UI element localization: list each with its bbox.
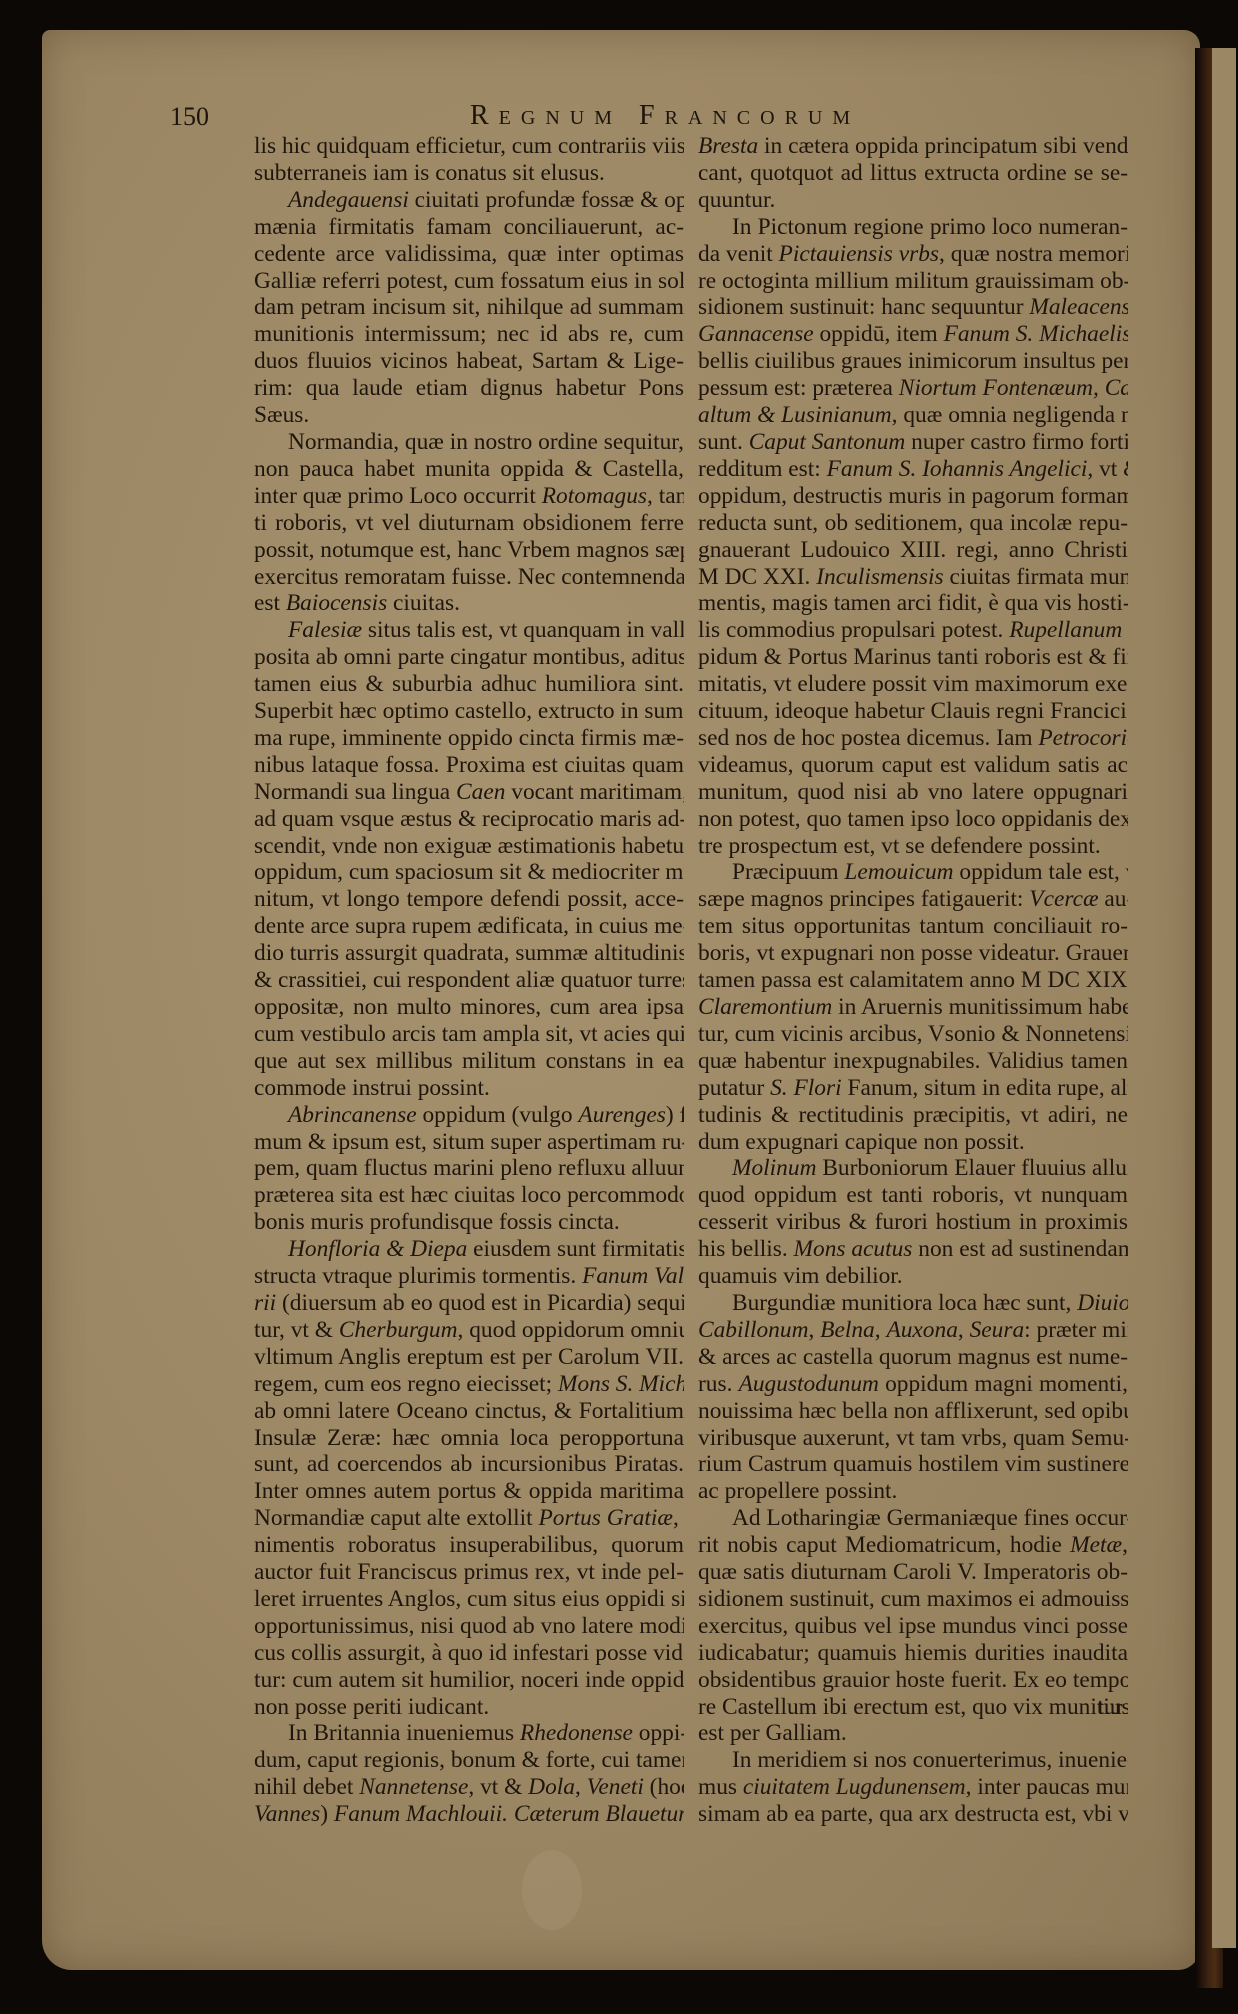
catchword: tur	[1098, 1694, 1122, 1720]
text-line: mentis, magis tamen arci fidit, è qua vi…	[698, 590, 1128, 617]
text-line: boris, vt expugnari non posse videatur. …	[698, 940, 1128, 967]
text-line: re octoginta millium militum grauissimam…	[698, 268, 1128, 295]
italic-proper-name: Dola	[528, 1774, 575, 1800]
text-line: re Castellum ibi erectum est, quo vix mu…	[698, 1694, 1128, 1721]
text-line: dio turris assurgit quadrata, summæ alti…	[254, 940, 684, 967]
italic-proper-name: Honfloria & Diepa	[288, 1236, 467, 1262]
italic-proper-name: Belna	[820, 1317, 875, 1343]
italic-proper-name: Rhedonense	[520, 1720, 633, 1746]
text-line: Ad Lotharingiæ Germaniæque fines occur-	[698, 1505, 1128, 1532]
text-line: gnauerant Ludouico XIII. regi, anno Chri…	[698, 537, 1128, 564]
text-line: nitum, vt longo tempore defendi possit, …	[254, 886, 684, 913]
text-line: rii (diuersum ab eo quod est in Picardia…	[254, 1290, 684, 1317]
italic-proper-name: Vannes	[254, 1801, 320, 1827]
text-line: auctor fuit Franciscus primus rex, vt in…	[254, 1559, 684, 1586]
text-line: Cabillonum, Belna, Auxona, Seura: præter…	[698, 1317, 1128, 1344]
italic-proper-name: Vcercæ	[1029, 886, 1098, 912]
italic-proper-name: Cæterum Blauetum &	[514, 1801, 684, 1827]
text-line: opportunissimus, nisi quod ab vno latere…	[254, 1613, 684, 1640]
text-line: non posse periti iudicant.	[254, 1694, 684, 1721]
text-line: tudinis & rectitudinis præcipitis, vt ad…	[698, 1102, 1128, 1129]
text-line: dam petram incisum sit, nihilque ad summ…	[254, 294, 684, 321]
text-line: tamen eius & suburbia adhuc humiliora si…	[254, 671, 684, 698]
italic-proper-name: Portus Gratiæ	[539, 1505, 674, 1531]
italic-proper-name: Petrocorios	[1038, 725, 1128, 751]
italic-proper-name: altum & Lusinianum	[698, 402, 892, 428]
text-line: Insulæ Zeræ: hæc omnia loca peropportuna	[254, 1425, 684, 1452]
italic-proper-name: Seura	[970, 1317, 1025, 1343]
text-line: Falesiæ situs talis est, vt quanquam in …	[254, 617, 684, 644]
text-line: tur, vt & Cherburgum, quod oppidorum omn…	[254, 1317, 684, 1344]
text-line: putatur S. Flori Fanum, situm in edita r…	[698, 1075, 1128, 1102]
running-title: Regnum Francorum	[470, 100, 860, 132]
facing-page-edge	[1212, 48, 1236, 1948]
text-line: inter quæ primo Loco occurrit Rotomagus,…	[254, 483, 684, 510]
italic-proper-name: Auxona	[886, 1317, 957, 1343]
text-line: pem, quam fluctus marini pleno refluxu a…	[254, 1155, 684, 1182]
italic-proper-name: rii	[254, 1290, 276, 1316]
text-line: cedente arce validissima, quæ inter opti…	[254, 241, 684, 268]
text-line: tamen passa est calamitatem anno M DC XI…	[698, 967, 1128, 994]
text-line: mus ciuitatem Lugdunensem, inter paucas …	[698, 1774, 1128, 1801]
text-line: M DC XXI. Inculismensis ciuitas firmata …	[698, 564, 1128, 591]
italic-proper-name: Rotomagus	[542, 483, 647, 509]
text-line: Molinum Burboniorum Elauer fluuius allui…	[698, 1155, 1128, 1182]
text-line: scendit, vnde non exiguæ æstimationis ha…	[254, 833, 684, 860]
text-line: tre prospectum est, vt se defendere poss…	[698, 833, 1128, 860]
text-line: sidionem sustinuit: hanc sequuntur Malea…	[698, 294, 1128, 321]
italic-proper-name: Falesiæ	[288, 617, 362, 643]
text-line: nimentis roboratus insuperabilibus, quor…	[254, 1532, 684, 1559]
text-line: dum expugnari capique non possit.	[698, 1129, 1128, 1156]
italic-proper-name: Inculismensis	[816, 564, 943, 590]
text-line: præterea sita est hæc ciuitas loco perco…	[254, 1182, 684, 1209]
text-line: quamuis vim debilior.	[698, 1263, 1128, 1290]
text-line: exercitus remoratam fuisse. Nec contemne…	[254, 564, 684, 591]
italic-proper-name: Claremontium	[698, 994, 832, 1020]
text-line: Abrincanense oppidum (vulgo Aurenges) fi…	[254, 1102, 684, 1129]
text-line: Honfloria & Diepa eiusdem sunt firmitati…	[254, 1236, 684, 1263]
text-line: est per Galliam.	[698, 1720, 1128, 1747]
text-line: simam ab ea parte, qua arx destructa est…	[698, 1801, 1128, 1828]
text-line: nouissima hæc bella non afflixerunt, sed…	[698, 1398, 1128, 1425]
italic-proper-name: ciuitatem Lugdunensem	[743, 1774, 966, 1800]
italic-proper-name: Cherburgum	[339, 1317, 458, 1343]
text-line: cituum, ideoque habetur Clauis regni Fra…	[698, 698, 1128, 725]
text-line: possit, notumque est, hanc Vrbem magnos …	[254, 537, 684, 564]
text-line: Galliæ referri potest, cum fossatum eius…	[254, 268, 684, 295]
text-line: altum & Lusinianum, quæ omnia negligenda…	[698, 402, 1128, 429]
text-line: Bresta in cætera oppida principatum sibi…	[698, 133, 1128, 160]
text-line: sunt, ad coercendos ab incursionibus Pir…	[254, 1451, 684, 1478]
text-line: sidionem sustinuit, cum maximos ei admou…	[698, 1586, 1128, 1613]
text-line: rium Castrum quamuis hostilem vim sustin…	[698, 1451, 1128, 1478]
text-line: sed nos de hoc postea dicemus. Iam Petro…	[698, 725, 1128, 752]
text-line: munitionis intermissum; nec id abs re, c…	[254, 321, 684, 348]
text-line: Burgundiæ munitiora loca hæc sunt, Diuio…	[698, 1290, 1128, 1317]
italic-proper-name: Gannacense	[698, 321, 814, 347]
text-line: cant, quotquot ad littus extructa ordine…	[698, 160, 1128, 187]
italic-proper-name: Fanum S. Iohannis Angelici	[827, 456, 1088, 482]
text-line: viribusque auxerunt, vt tam vrbs, quam S…	[698, 1425, 1128, 1452]
page-header: 150 Regnum Francorum	[170, 98, 990, 134]
text-line: Sæus.	[254, 402, 684, 429]
text-line: non potest, quo tamen ipso loco oppidani…	[698, 806, 1128, 833]
text-line: leret irruentes Anglos, cum situs eius o…	[254, 1586, 684, 1613]
text-line: duos fluuios vicinos habeat, Sartam & Li…	[254, 348, 684, 375]
text-line: In Pictonum regione primo loco numeran-	[698, 214, 1128, 241]
text-line: iudicabatur; quamuis hiemis durities ina…	[698, 1640, 1128, 1667]
text-column-left: lis hic quidquam efficietur, cum contrar…	[254, 133, 684, 1828]
text-line: nibus lataque fossa. Proxima est ciuitas…	[254, 752, 684, 779]
italic-proper-name: Augustodunum	[739, 1371, 879, 1397]
text-line: ma rupe, imminente oppido cincta firmis …	[254, 725, 684, 752]
text-line: tur: cum autem sit humilior, noceri inde…	[254, 1667, 684, 1694]
text-line: mitatis, vt eludere possit vim maximorum…	[698, 671, 1128, 698]
text-line: vltimum Anglis ereptum est per Carolum V…	[254, 1344, 684, 1371]
text-line: Præcipuum Lemouicum oppidum tale est, vt	[698, 859, 1128, 886]
text-line: bellis ciuilibus graues inimicorum insul…	[698, 348, 1128, 375]
text-line: oppidum, cum spaciosum sit & mediocriter…	[254, 859, 684, 886]
italic-proper-name: Mons acutus	[794, 1236, 913, 1262]
text-line: dente arce supra rupem ædificata, in cui…	[254, 913, 684, 940]
text-line: posita ab omni parte cingatur montibus, …	[254, 644, 684, 671]
text-line: videamus, quorum caput est validum satis…	[698, 752, 1128, 779]
text-line: non pauca habet munita oppida & Castella…	[254, 456, 684, 483]
italic-proper-name: Metæ	[1070, 1532, 1122, 1558]
text-line: Gannacense oppidū, item Fanum S. Michael…	[698, 321, 1128, 348]
text-line: da venit Pictauiensis vrbs, quæ nostra m…	[698, 241, 1128, 268]
italic-proper-name: Andegauensi	[288, 187, 409, 213]
text-line: his bellis. Mons acutus non est ad susti…	[698, 1236, 1128, 1263]
text-line: cesserit viribus & furori hostium in pro…	[698, 1209, 1128, 1236]
text-line: tur, cum vicinis arcibus, Vsonio & Nonne…	[698, 1021, 1128, 1048]
text-line: obsidentibus grauior hoste fuerit. Ex eo…	[698, 1667, 1128, 1694]
italic-proper-name: Fanum Machlouii.	[334, 1801, 508, 1827]
text-line: ti roboris, vt vel diuturnam obsidionem …	[254, 510, 684, 537]
text-line: Inter omnes autem portus & oppida mariti…	[254, 1478, 684, 1505]
text-line: ac propellere possint.	[698, 1478, 1128, 1505]
italic-proper-name: Pictauiensis vrbs	[779, 241, 939, 267]
text-line: quod oppidum est tanti roboris, vt nunqu…	[698, 1182, 1128, 1209]
italic-proper-name: Mons S. Michaelis	[558, 1371, 684, 1397]
italic-proper-name: S. Flori	[770, 1075, 841, 1101]
text-column-right: Bresta in cætera oppida principatum sibi…	[698, 133, 1128, 1828]
text-line: rus. Augustodunum oppidum magni momenti,	[698, 1371, 1128, 1398]
italic-proper-name: Niortum Fontenæum, Casteller-	[899, 375, 1128, 401]
italic-proper-name: Baiocensis	[286, 590, 387, 616]
text-line: Normandia, quæ in nostro ordine sequitur…	[254, 429, 684, 456]
text-line: bonis muris profundisque fossis cincta.	[254, 1209, 684, 1236]
text-line: regem, cum eos regno eiecisset; Mons S. …	[254, 1371, 684, 1398]
text-line: oppidum, destructis muris in pagorum for…	[698, 483, 1128, 510]
italic-proper-name: Abrincanense	[288, 1102, 417, 1128]
text-line: In Britannia inueniemus Rhedonense oppi-	[254, 1720, 684, 1747]
italic-proper-name: Diuio,	[1077, 1290, 1128, 1316]
text-line: cus collis assurgit, à quo id infestari …	[254, 1640, 684, 1667]
text-line: rit nobis caput Mediomatricum, hodie Met…	[698, 1532, 1128, 1559]
text-line: subterraneis iam is conatus sit elusus.	[254, 160, 684, 187]
italic-proper-name: Maleacense &	[1029, 294, 1128, 320]
italic-proper-name: Veneti	[587, 1774, 644, 1800]
text-line: quæ habentur inexpugnabiles. Validius ta…	[698, 1048, 1128, 1075]
text-line: tem situs opportunitas tantum conciliaui…	[698, 913, 1128, 940]
paper-stain	[522, 1850, 582, 1930]
italic-proper-name: Aurenges	[578, 1102, 665, 1128]
text-line: quæ satis diuturnam Caroli V. Imperatori…	[698, 1559, 1128, 1586]
text-line: cum vestibulo arcis tam ampla sit, vt ac…	[254, 1021, 684, 1048]
text-line: que aut sex millibus militum constans in…	[254, 1048, 684, 1075]
text-line: rim: qua laude etiam dignus habetur Pons	[254, 375, 684, 402]
text-line: Vannes) Fanum Machlouii. Cæterum Blauetu…	[254, 1801, 684, 1828]
text-line: structa vtraque plurimis tormentis. Fanu…	[254, 1263, 684, 1290]
text-line: oppositæ, non multo minores, cum area ip…	[254, 994, 684, 1021]
text-line: ab omni latere Oceano cinctus, & Fortali…	[254, 1398, 684, 1425]
text-line: ad quam vsque æstus & reciprocatio maris…	[254, 806, 684, 833]
text-line: est Baiocensis ciuitas.	[254, 590, 684, 617]
italic-proper-name: Nannetense	[359, 1774, 468, 1800]
italic-proper-name: Caput Santonum	[749, 429, 906, 455]
text-line: sæpe magnos principes fatigauerit: Vcerc…	[698, 886, 1128, 913]
italic-proper-name: Lemouicum	[844, 859, 953, 885]
text-line: mænia firmitatis famam conciliauerunt, a…	[254, 214, 684, 241]
text-line: Normandiæ caput alte extollit Portus Gra…	[254, 1505, 684, 1532]
text-line: Normandi sua lingua Caen vocant maritima…	[254, 779, 684, 806]
italic-proper-name: Fanum Vale-	[582, 1263, 684, 1289]
text-line: Claremontium in Aruernis munitissimum ha…	[698, 994, 1128, 1021]
text-line: Andegauensi ciuitati profundæ fossæ & op…	[254, 187, 684, 214]
text-line: mum & ipsum est, situm super aspertimam …	[254, 1129, 684, 1156]
text-line: nihil debet Nannetense, vt & Dola, Venet…	[254, 1774, 684, 1801]
text-line: pessum est: præterea Niortum Fontenæum, …	[698, 375, 1128, 402]
italic-proper-name: Cabillonum	[698, 1317, 808, 1343]
text-line: lis hic quidquam efficietur, cum contrar…	[254, 133, 684, 160]
text-line: reducta sunt, ob seditionem, qua incolæ …	[698, 510, 1128, 537]
text-line: munitum, quod nisi ab vno latere oppugna…	[698, 779, 1128, 806]
text-line: exercitus, quibus vel ipse mundus vinci …	[698, 1613, 1128, 1640]
text-line: commode instrui possint.	[254, 1075, 684, 1102]
text-line: pidum & Portus Marinus tanti roboris est…	[698, 644, 1128, 671]
text-line: Superbit hæc optimo castello, extructo i…	[254, 698, 684, 725]
text-line: dum, caput regionis, bonum & forte, cui …	[254, 1747, 684, 1774]
italic-proper-name: Caen	[456, 779, 505, 805]
page-number: 150	[170, 102, 209, 132]
italic-proper-name: Molinum	[732, 1155, 816, 1181]
italic-proper-name: Bresta	[698, 133, 758, 159]
text-line: sunt. Caput Santonum nuper castro firmo …	[698, 429, 1128, 456]
text-line: lis commodius propulsari potest. Rupella…	[698, 617, 1128, 644]
text-line: quuntur.	[698, 187, 1128, 214]
italic-proper-name: Rupellanum	[1009, 617, 1122, 643]
italic-proper-name: Fanum S. Michaelis	[944, 321, 1128, 347]
text-line: & crassitiei, cui respondent aliæ quatuo…	[254, 967, 684, 994]
text-line: In meridiem si nos conuerterimus, inueni…	[698, 1747, 1128, 1774]
text-line: redditum est: Fanum S. Iohannis Angelici…	[698, 456, 1128, 483]
text-line: & arces ac castella quorum magnus est nu…	[698, 1344, 1128, 1371]
